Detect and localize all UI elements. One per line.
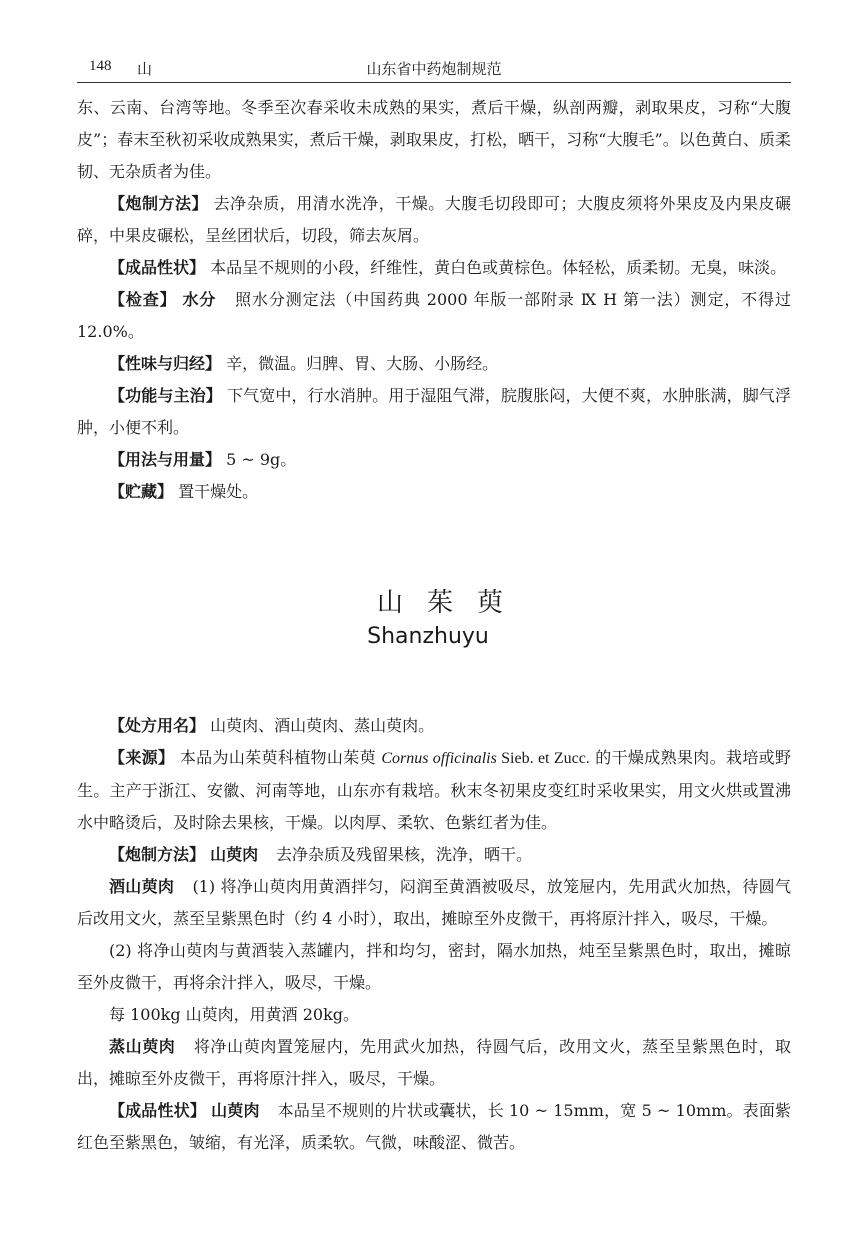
section-label: 【检查】: [109, 290, 177, 309]
entry-title: 山茱萸: [0, 582, 856, 619]
section-label: 【成品性状】: [109, 1101, 206, 1120]
subsection-label: 酒山萸肉: [109, 877, 174, 896]
section-label: 【用法与用量】: [109, 450, 221, 469]
section-prescription-names: 【处方用名】 山萸肉、酒山萸肉、蒸山萸肉。: [77, 710, 791, 742]
section-processing: 【炮制方法】 去净杂质，用清水洗净，干燥。大腹毛切段即可；大腹皮须将外果皮及内果…: [77, 188, 791, 252]
continuation-paragraph: 东、云南、台湾等地。冬季至次春采收未成熟的果实，煮后干燥，纵剖两瓣，剥取果皮，习…: [77, 92, 791, 188]
section-label: 【贮藏】: [109, 482, 173, 501]
subsection-label: 山萸肉: [211, 1101, 259, 1120]
section-product-description: 【成品性状】 本品呈不规则的小段，纤维性，黄白色或黄棕色。体轻松，质柔韧。无臭，…: [77, 252, 791, 284]
processing-wine-method-2: (2) 将净山萸肉与黄酒装入蒸罐内，拌和均匀，密封，隔水加热，炖至呈紫黑色时，取…: [77, 935, 791, 999]
section-text: 置干燥处。: [178, 482, 258, 501]
section-text: (1) 将净山萸肉用黄酒拌匀，闷润至黄酒被吸尽，放笼屉内，先用武火加热，待圆气后…: [77, 877, 791, 928]
section-function-indication: 【功能与主治】 下气宽中，行水消肿。用于湿阻气滞，脘腹胀闷，大便不爽，水肿胀满，…: [77, 380, 791, 444]
section-processing: 【炮制方法】 山萸肉 去净杂质及残留果核，洗净，晒干。: [77, 839, 791, 871]
book-title: 山东省中药炮制规范: [77, 58, 791, 79]
section-label: 【性味与归经】: [109, 354, 221, 373]
subsection-label: 蒸山萸肉: [109, 1037, 175, 1056]
section-label: 【成品性状】: [109, 258, 205, 277]
section-nature-meridian: 【性味与归经】 辛，微温。归脾、胃、大肠、小肠经。: [77, 348, 791, 380]
section-label: 【来源】: [109, 748, 174, 767]
entry-pinyin: Shanzhuyu: [0, 624, 856, 649]
section-storage: 【贮藏】 置干燥处。: [77, 476, 791, 508]
section-dosage: 【用法与用量】 5 ~ 9g。: [77, 444, 791, 476]
section-label: 【炮制方法】: [109, 845, 205, 864]
section-text: 将净山萸肉置笼屉内，先用武火加热，待圆气后，改用文火，蒸至呈紫黑色时，取出，摊晾…: [77, 1037, 791, 1088]
section-text: 本品为山茱萸科植物山茱萸: [180, 748, 382, 767]
processing-wine-ratio: 每 100kg 山萸肉，用黄酒 20kg。: [77, 999, 791, 1031]
entry-body: 【处方用名】 山萸肉、酒山萸肉、蒸山萸肉。 【来源】 本品为山茱萸科植物山茱萸 …: [77, 710, 791, 1159]
section-inspection: 【检查】 水分 照水分测定法（中国药典 2000 年版一部附录 Ⅸ H 第一法）…: [77, 284, 791, 348]
section-text: 山萸肉、酒山萸肉、蒸山萸肉。: [210, 716, 434, 735]
latin-name: Cornus officinalis: [381, 750, 496, 767]
latin-author: Sieb. et Zucc.: [497, 750, 590, 767]
section-text: 去净杂质及残留果核，洗净，晒干。: [276, 845, 532, 864]
section-source: 【来源】 本品为山茱萸科植物山茱萸 Cornus officinalis Sie…: [77, 742, 791, 839]
running-header: 148 山 山东省中药炮制规范: [77, 52, 791, 83]
section-label: 【功能与主治】: [109, 386, 222, 405]
section-label: 【处方用名】: [109, 716, 205, 735]
section-text: 辛，微温。归脾、胃、大肠、小肠经。: [226, 354, 498, 373]
section-text: 本品呈不规则的小段，纤维性，黄白色或黄棕色。体轻松，质柔韧。无臭，味淡。: [210, 258, 786, 277]
subsection-label: 山萸肉: [210, 845, 258, 864]
subsection-label: 水分: [183, 290, 217, 309]
section-product-description: 【成品性状】 山萸肉 本品呈不规则的片状或囊状，长 10 ~ 15mm，宽 5 …: [77, 1095, 791, 1159]
processing-steamed: 蒸山萸肉 将净山萸肉置笼屉内，先用武火加热，待圆气后，改用文火，蒸至呈紫黑色时，…: [77, 1031, 791, 1095]
previous-entry: 东、云南、台湾等地。冬季至次春采收未成熟的果实，煮后干燥，纵剖两瓣，剥取果皮，习…: [77, 92, 791, 508]
section-text: 5 ~ 9g。: [226, 450, 296, 469]
section-label: 【炮制方法】: [109, 194, 208, 213]
processing-wine-method-1: 酒山萸肉 (1) 将净山萸肉用黄酒拌匀，闷润至黄酒被吸尽，放笼屉内，先用武火加热…: [77, 871, 791, 935]
